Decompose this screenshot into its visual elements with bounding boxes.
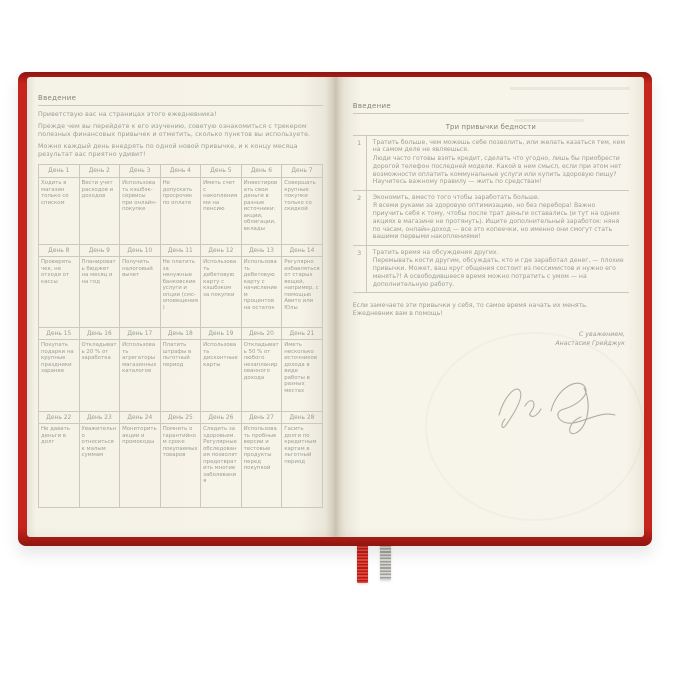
- signoff-line: Анастасия Грейджук: [353, 340, 625, 349]
- day-habit-text: Уважительно относиться к малым суммам: [80, 424, 121, 508]
- section-title: Три привычки бедности: [353, 123, 629, 131]
- closing-paragraph: Если замечаете эти привычки у себя, то с…: [353, 302, 629, 318]
- day-habit-text: Инвестировать свои деньги в разные источ…: [242, 178, 283, 245]
- signoff: С уважением, Анастасия Грейджук: [353, 331, 629, 349]
- habit-detail: Перемывать кости другим, обсуждать, кто …: [373, 257, 626, 288]
- day-habit-text: Использовать дебетовую карту с кэшбэком …: [201, 257, 242, 328]
- day-label: День 17: [120, 328, 161, 340]
- day-habit-text: Покупать подарки на крупные праздники за…: [39, 340, 80, 412]
- day-label: День 6: [242, 165, 283, 178]
- poverty-habits-list: 1Тратить больше, чем можешь себе позволи…: [353, 135, 629, 293]
- day-label: День 18: [161, 328, 202, 340]
- habit-text: Тратить больше, чем можешь себе позволит…: [367, 136, 629, 190]
- day-habit-text: Помнить о гарантийном сроке покупаемых т…: [161, 424, 202, 508]
- habit-detail: Я всеми руками за здоровую оптимизацию, …: [373, 202, 626, 241]
- day-habit-text: Получить налоговый вычет: [120, 257, 161, 328]
- left-page: Введение Приветствую вас на страницах эт…: [27, 77, 337, 537]
- intro-text: Приветствую вас на страницах этого ежедн…: [38, 111, 323, 159]
- day-habit-text: Использовать кэшбэк-сервисы при онлайн-п…: [120, 178, 161, 245]
- product-photo-open-planner: { "left_page": { "header": "Введение", "…: [0, 0, 674, 674]
- day-label: День 26: [201, 412, 242, 424]
- day-habit-text: Проверять чек, не отходя от кассы: [39, 257, 80, 328]
- habit-number: 2: [353, 191, 367, 245]
- day-habit-text: Регулярно избавляться от старых вещей, н…: [282, 257, 323, 328]
- habit-text: Экономить, вместо того чтобы заработать …: [367, 191, 629, 245]
- day-label: День 3: [120, 165, 161, 178]
- day-label: День 10: [120, 245, 161, 257]
- day-habit-text: Использовать агрегаторы магазинных катал…: [120, 340, 161, 412]
- day-label: День 13: [242, 245, 283, 257]
- day-habit-text: Ходить в магазин только со списком: [39, 178, 80, 245]
- day-habit-text: Использовать дебетовую карту с начислени…: [242, 257, 283, 328]
- day-habit-text: Планировать бюджет на месяц и на год: [80, 257, 121, 328]
- day-label: День 24: [120, 412, 161, 424]
- day-habit-text: Мониторить акции и промокоды: [120, 424, 161, 508]
- header-rule: [38, 105, 323, 106]
- day-label: День 21: [282, 328, 323, 340]
- day-label: День 15: [39, 328, 80, 340]
- day-label: День 9: [80, 245, 121, 257]
- day-label: День 1: [39, 165, 80, 178]
- habit-tracker-table: День 1День 2День 3День 4День 5День 6День…: [38, 164, 323, 508]
- open-notebook: Введение Приветствую вас на страницах эт…: [18, 72, 652, 546]
- left-page-header: Введение: [38, 94, 323, 102]
- habit-item: 3Тратить время на обсуждения других.Пере…: [353, 246, 629, 293]
- showthrough-ghost: [510, 87, 630, 90]
- day-habit-text: Использовать дисконтные карты: [201, 340, 242, 412]
- day-label: День 5: [201, 165, 242, 178]
- day-habit-text: Иметь счет с накоплениями на пенсию: [201, 178, 242, 245]
- notebook-pages: Введение Приветствую вас на страницах эт…: [27, 77, 644, 537]
- day-label: День 14: [282, 245, 323, 257]
- habit-number: 1: [353, 136, 367, 190]
- signoff-line: С уважением,: [353, 331, 625, 340]
- day-habit-text: Использовать пробные версии и тестовые п…: [242, 424, 283, 508]
- day-habit-text: Совершать крупные покупки только со скид…: [282, 178, 323, 245]
- day-habit-text: Не давать деньги в долг: [39, 424, 80, 508]
- red-ribbon-bookmark: [357, 540, 368, 583]
- left-page-content: Введение Приветствую вас на страницах эт…: [38, 94, 323, 521]
- habit-detail: Люди часто готовы взять кредит, сделать …: [373, 155, 626, 186]
- day-label: День 28: [282, 412, 323, 424]
- intro-paragraph: Можно каждый день внедрять по одной ново…: [38, 143, 323, 159]
- right-page: Введение Три привычки бедности 1Тратить …: [337, 77, 644, 537]
- habit-number: 3: [353, 246, 367, 292]
- day-habit-text: Следить за здоровьем. Регулярные обследо…: [201, 424, 242, 508]
- habit-item: 1Тратить больше, чем можешь себе позволи…: [353, 136, 629, 191]
- day-label: День 19: [201, 328, 242, 340]
- intro-paragraph: Приветствую вас на страницах этого ежедн…: [38, 111, 323, 119]
- day-habit-text: Откладывать 50 % от любого незапланирова…: [242, 340, 283, 412]
- day-label: День 16: [80, 328, 121, 340]
- header-rule: [353, 113, 629, 114]
- day-label: День 12: [201, 245, 242, 257]
- habit-item: 2Экономить, вместо того чтобы заработать…: [353, 191, 629, 246]
- habit-lead: Экономить, вместо того чтобы заработать …: [373, 194, 626, 202]
- right-page-content: Введение Три привычки бедности 1Тратить …: [353, 102, 629, 521]
- right-page-header: Введение: [353, 102, 629, 110]
- habit-lead: Тратить время на обсуждения других.: [373, 249, 626, 257]
- day-label: День 7: [282, 165, 323, 178]
- day-label: День 8: [39, 245, 80, 257]
- day-habit-text: Иметь несколько источников дохода в виде…: [282, 340, 323, 412]
- day-label: День 22: [39, 412, 80, 424]
- day-habit-text: Гасить долги по кредитным картам в льгот…: [282, 424, 323, 508]
- handwritten-signature: [489, 375, 623, 439]
- day-habit-text: Не допускать просрочек по оплате: [161, 178, 202, 245]
- intro-paragraph: Прежде чем вы перейдете к его изучению, …: [38, 123, 323, 139]
- day-label: День 25: [161, 412, 202, 424]
- day-label: День 11: [161, 245, 202, 257]
- day-label: День 23: [80, 412, 121, 424]
- day-label: День 20: [242, 328, 283, 340]
- day-habit-text: Вести учет расходов и доходов: [80, 178, 121, 245]
- day-habit-text: Не платить за ненужные банковские услуги…: [161, 257, 202, 328]
- day-habit-text: Откладывать 20 % от заработка: [80, 340, 121, 412]
- habit-lead: Тратить больше, чем можешь себе позволит…: [373, 139, 626, 155]
- day-label: День 2: [80, 165, 121, 178]
- day-label: День 4: [161, 165, 202, 178]
- day-habit-text: Платить штрафы в льготный период: [161, 340, 202, 412]
- day-label: День 27: [242, 412, 283, 424]
- habit-text: Тратить время на обсуждения других.Перем…: [367, 246, 629, 292]
- gray-ribbon-bookmark: [380, 540, 391, 580]
